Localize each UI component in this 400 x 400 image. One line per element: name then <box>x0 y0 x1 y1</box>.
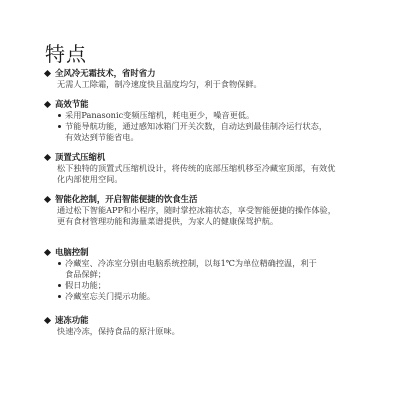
feature-section-no-frost: 全风冷无霜技术，省时省力 无需人工除霜，制冷速度快且温度均匀，利于食物保鲜。 <box>44 68 364 90</box>
list-item-text: 冷藏室忘关门提示功能。 <box>65 291 364 302</box>
list-item-text: 食品保鲜； <box>65 269 364 280</box>
section-heading-text: 顶置式压缩机 <box>55 152 105 162</box>
section-body: 无需人工除霜，制冷速度快且温度均匀，利于食物保鲜。 <box>44 79 364 90</box>
section-heading-text: 智能化控制，开启智能便捷的饮食生活 <box>55 194 197 204</box>
feature-section-energy-saving: 高效节能 采用Panasonic变频压缩机，耗电更少，噪音更低。 节能导航功能，… <box>44 99 364 143</box>
section-heading: 速冻功能 <box>44 315 364 326</box>
section-heading: 电脑控制 <box>44 247 364 258</box>
list-item-text: 采用Panasonic变频压缩机，耗电更少，噪音更低。 <box>65 110 364 121</box>
body-line: 通过松下智能APP和小程序，随时掌控冰箱状态，享受智能便捷的操作体验， <box>57 205 364 216</box>
list-item: 节能导航功能，通过感知冰箱门开关次数，自动达到最佳制冷运行状态， 有效达到节能省… <box>57 121 364 143</box>
feature-section-quick-freeze: 速冻功能 快速冷冻，保持食品的原汁原味。 <box>44 315 364 337</box>
list-item-text: 冷藏室、冷冻室分别由电脑系统控制，以每1℃为单位精确控温，利于 <box>65 258 364 269</box>
body-line: 更有食材管理功能和海量菜谱提供，为家人的健康保驾护航。 <box>57 216 364 227</box>
dot-bullet-icon <box>58 295 61 298</box>
feature-section-smart-control: 智能化控制，开启智能便捷的饮食生活 通过松下智能APP和小程序，随时掌控冰箱状态… <box>44 194 364 227</box>
dot-bullet-icon <box>58 114 61 117</box>
section-heading-text: 速冻功能 <box>55 315 89 325</box>
list-item: 假日功能； <box>57 280 364 291</box>
diamond-bullet-icon <box>44 317 51 324</box>
page-title: 特点 <box>45 42 87 66</box>
section-body: 通过松下智能APP和小程序，随时掌控冰箱状态，享受智能便捷的操作体验， 更有食材… <box>44 205 364 227</box>
body-line: 松下独特的顶置式压缩机设计，将传统的底部压缩机移至冷藏室顶部，有效优 <box>57 163 364 174</box>
diamond-bullet-icon <box>44 154 51 161</box>
feature-section-top-compressor: 顶置式压缩机 松下独特的顶置式压缩机设计，将传统的底部压缩机移至冷藏室顶部，有效… <box>44 152 364 185</box>
dot-bullet-icon <box>58 262 61 265</box>
sub-list: 冷藏室、冷冻室分别由电脑系统控制，以每1℃为单位精确控温，利于 食品保鲜； 假日… <box>44 258 364 302</box>
list-item: 冷藏室、冷冻室分别由电脑系统控制，以每1℃为单位精确控温，利于 食品保鲜； <box>57 258 364 280</box>
section-heading: 全风冷无霜技术，省时省力 <box>44 68 364 79</box>
sub-list: 采用Panasonic变频压缩机，耗电更少，噪音更低。 节能导航功能，通过感知冰… <box>44 110 364 143</box>
dot-bullet-icon <box>58 284 61 287</box>
body-line: 化内部使用空间。 <box>57 174 364 185</box>
section-heading-text: 电脑控制 <box>55 247 89 257</box>
section-heading: 高效节能 <box>44 99 364 110</box>
diamond-bullet-icon <box>44 196 51 203</box>
section-body: 松下独特的顶置式压缩机设计，将传统的底部压缩机移至冷藏室顶部，有效优 化内部使用… <box>44 163 364 185</box>
list-item: 冷藏室忘关门提示功能。 <box>57 291 364 302</box>
diamond-bullet-icon <box>44 101 51 108</box>
section-heading: 顶置式压缩机 <box>44 152 364 163</box>
list-item-text: 有效达到节能省电。 <box>65 132 364 143</box>
list-item-text: 假日功能； <box>65 280 364 291</box>
diamond-bullet-icon <box>44 249 51 256</box>
section-body: 快速冷冻，保持食品的原汁原味。 <box>44 326 364 337</box>
feature-section-computer-control: 电脑控制 冷藏室、冷冻室分别由电脑系统控制，以每1℃为单位精确控温，利于 食品保… <box>44 247 364 302</box>
section-heading: 智能化控制，开启智能便捷的饮食生活 <box>44 194 364 205</box>
section-heading-text: 全风冷无霜技术，省时省力 <box>55 68 156 78</box>
diamond-bullet-icon <box>44 70 51 77</box>
list-item: 采用Panasonic变频压缩机，耗电更少，噪音更低。 <box>57 110 364 121</box>
dot-bullet-icon <box>58 125 61 128</box>
list-item-text: 节能导航功能，通过感知冰箱门开关次数，自动达到最佳制冷运行状态， <box>65 121 364 132</box>
section-heading-text: 高效节能 <box>55 99 89 109</box>
